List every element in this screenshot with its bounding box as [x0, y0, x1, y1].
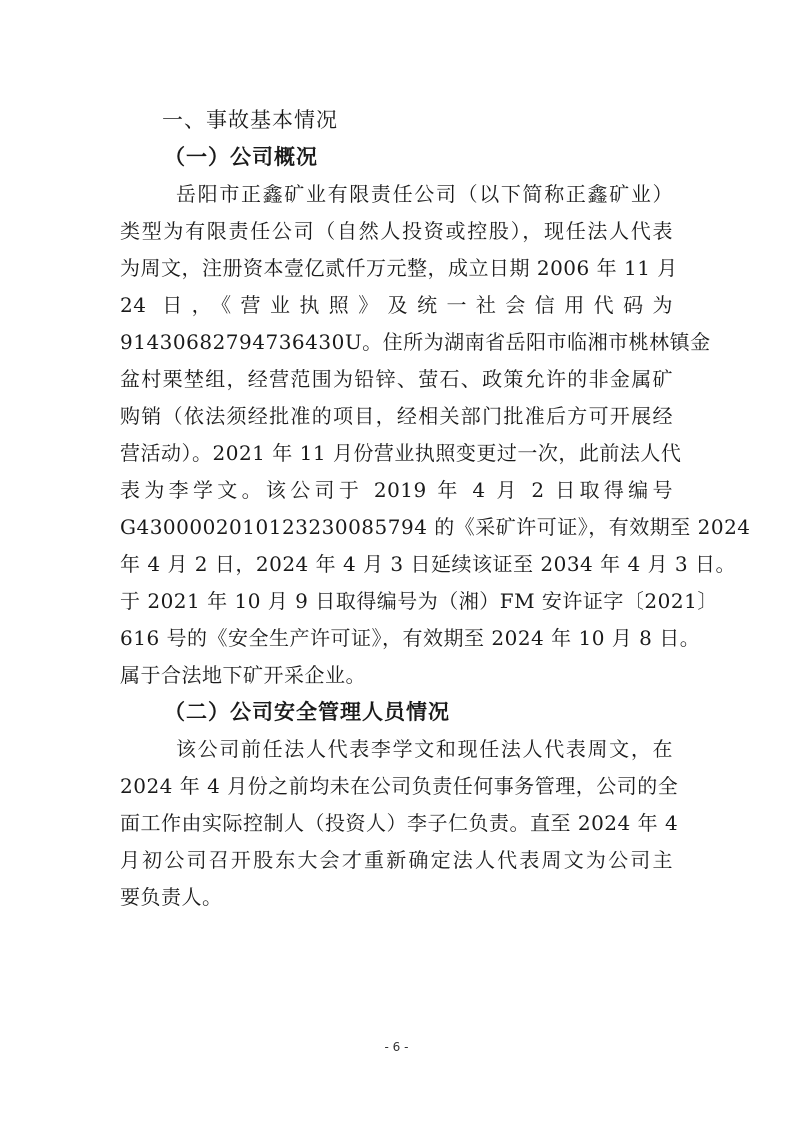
text-line: 616 号的《安全生产许可证》，有效期至 2024 年 10 月 8 日。	[120, 620, 673, 657]
section-heading: 一、事故基本情况	[120, 102, 673, 139]
page-number: - 6 -	[0, 1040, 793, 1054]
paragraph-company-overview: 岳阳市正鑫矿业有限责任公司（以下简称正鑫矿业） 类型为有限责任公司（自然人投资或…	[120, 176, 673, 694]
text-line: 属于合法地下矿开采企业。	[120, 657, 673, 694]
text-line: 购销（依法须经批准的项目，经相关部门批准后方可开展经	[120, 398, 673, 435]
text-line: G4300002010123230085794 的《采矿许可证》，有效期至 20…	[120, 509, 673, 546]
text-line: 要负责人。	[120, 879, 673, 916]
text-line: 面工作由实际控制人（投资人）李子仁负责。直至 2024 年 4	[120, 805, 673, 842]
text-line: 该公司前任法人代表李学文和现任法人代表周文，在	[120, 731, 673, 768]
text-line: 营活动）。2021 年 11 月份营业执照变更过一次，此前法人代	[120, 435, 673, 472]
page-content: 一、事故基本情况 （一）公司概况 岳阳市正鑫矿业有限责任公司（以下简称正鑫矿业）…	[120, 102, 673, 916]
text-line: 表为李学文。该公司于 2019 年 4 月 2 日取得编号	[120, 472, 673, 509]
text-line: 月初公司召开股东大会才重新确定法人代表周文为公司主	[120, 842, 673, 879]
document-page: 一、事故基本情况 （一）公司概况 岳阳市正鑫矿业有限责任公司（以下简称正鑫矿业）…	[0, 0, 793, 1122]
text-line: 类型为有限责任公司（自然人投资或控股），现任法人代表	[120, 213, 673, 250]
text-line: 91430682794736430U。住所为湖南省岳阳市临湘市桃林镇金	[120, 324, 673, 361]
text-line: 2024 年 4 月份之前均未在公司负责任何事务管理，公司的全	[120, 768, 673, 805]
text-line: 于 2021 年 10 月 9 日取得编号为（湘）FM 安许证字〔2021〕	[120, 583, 673, 620]
text-line: 年 4 月 2 日，2024 年 4 月 3 日延续该证至 2034 年 4 月…	[120, 546, 673, 583]
text-line: 盆村栗埜组，经营范围为铅锌、萤石、政策允许的非金属矿	[120, 361, 673, 398]
paragraph-safety-personnel: 该公司前任法人代表李学文和现任法人代表周文，在 2024 年 4 月份之前均未在…	[120, 731, 673, 916]
subsection-heading-safety-personnel: （二）公司安全管理人员情况	[120, 694, 673, 731]
text-line: 24 日，《营业执照》及统一社会信用代码为	[120, 287, 673, 324]
text-line: 岳阳市正鑫矿业有限责任公司（以下简称正鑫矿业）	[120, 176, 673, 213]
text-line: 为周文，注册资本壹亿贰仟万元整，成立日期 2006 年 11 月	[120, 250, 673, 287]
subsection-heading-company-overview: （一）公司概况	[120, 139, 673, 176]
